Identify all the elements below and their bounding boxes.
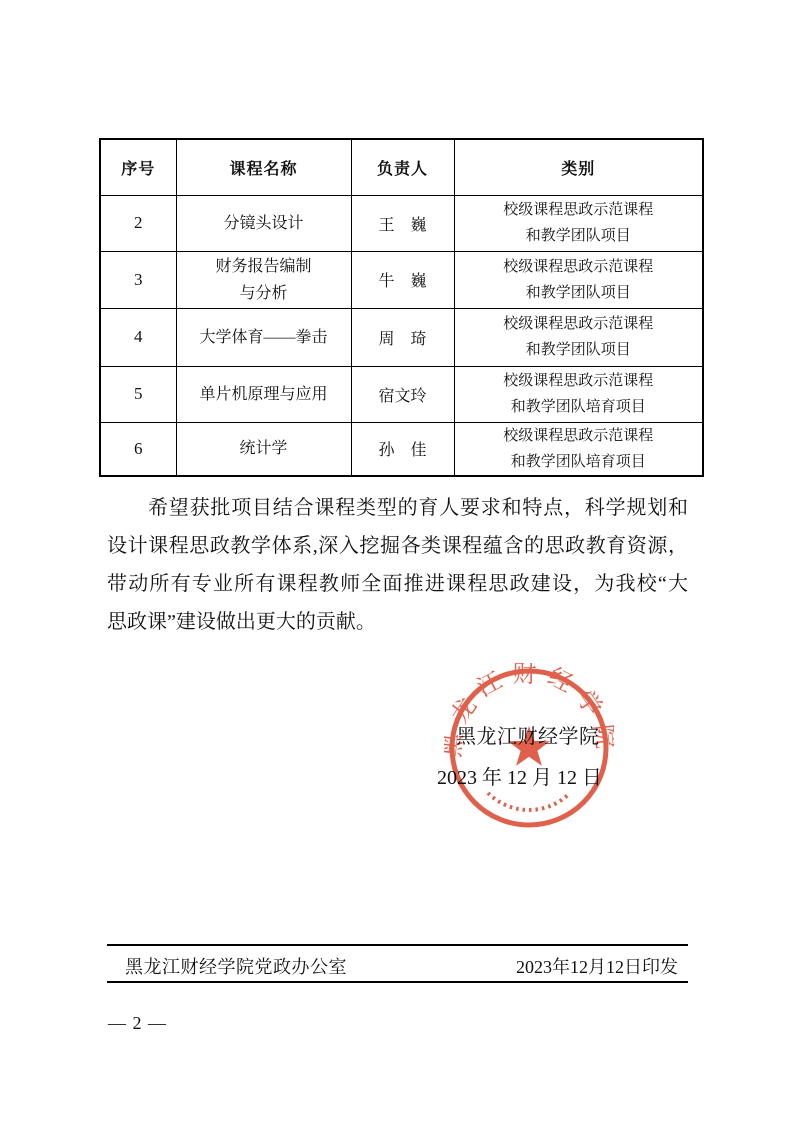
paragraph-line: 带动所有专业所有课程教师全面推进课程思政建设，为我校“大 xyxy=(107,565,688,603)
cell-category: 校级课程思政示范课程 和教学团队项目 xyxy=(454,251,703,308)
cell-category: 校级课程思政示范课程 和教学团队项目 xyxy=(454,308,703,366)
cell-course: 单片机原理与应用 xyxy=(176,366,351,422)
footer-print-info: 2023年12月12日印发 xyxy=(107,953,678,979)
paragraph-line: 设计课程思政教学体系,深入挖掘各类课程蕴含的思政教育资源， xyxy=(107,527,688,565)
table-row: 2 分镜头设计 王 巍 校级课程思政示范课程 和教学团队项目 xyxy=(100,195,703,251)
document-page: 序号 课程名称 负责人 类别 2 分镜头设计 王 巍 校级课程思政示范课程 和教… xyxy=(0,0,794,1123)
cell-category: 校级课程思政示范课程 和教学团队培育项目 xyxy=(454,422,703,476)
seal-serial-marks xyxy=(488,793,570,810)
page-number: — 2 — xyxy=(108,1013,167,1034)
cell-course: 统计学 xyxy=(176,422,351,476)
cell-leader: 周 琦 xyxy=(351,308,454,366)
table-row: 4 大学体育——拳击 周 琦 校级课程思政示范课程 和教学团队项目 xyxy=(100,308,703,366)
cell-course: 分镜头设计 xyxy=(176,195,351,251)
paragraph-line: 思政课”建设做出更大的贡献。 xyxy=(107,603,688,641)
cell-no: 6 xyxy=(100,422,176,476)
cell-category: 校级课程思政示范课程 和教学团队培育项目 xyxy=(454,366,703,422)
course-table: 序号 课程名称 负责人 类别 2 分镜头设计 王 巍 校级课程思政示范课程 和教… xyxy=(99,138,704,477)
seal-star-icon xyxy=(508,726,550,766)
closing-paragraph: 希望获批项目结合课程类型的育人要求和特点，科学规划和 设计课程思政教学体系,深入… xyxy=(107,489,688,641)
table-row: 3 财务报告编制 与分析 牛 巍 校级课程思政示范课程 和教学团队项目 xyxy=(100,251,703,308)
cell-leader: 宿文玲 xyxy=(351,366,454,422)
cell-no: 2 xyxy=(100,195,176,251)
cell-leader: 王 巍 xyxy=(351,195,454,251)
table-header-row: 序号 课程名称 负责人 类别 xyxy=(100,139,703,195)
header-cell-leader: 负责人 xyxy=(351,139,454,195)
cell-leader: 牛 巍 xyxy=(351,251,454,308)
cell-leader: 孙 佳 xyxy=(351,422,454,476)
cell-course: 财务报告编制 与分析 xyxy=(176,251,351,308)
footer-rule-top xyxy=(107,944,688,946)
cell-course: 大学体育——拳击 xyxy=(176,308,351,366)
header-cell-no: 序号 xyxy=(100,139,176,195)
header-cell-course: 课程名称 xyxy=(176,139,351,195)
table-row: 6 统计学 孙 佳 校级课程思政示范课程 和教学团队培育项目 xyxy=(100,422,703,476)
cell-no: 4 xyxy=(100,308,176,366)
paragraph-line: 希望获批项目结合课程类型的育人要求和特点，科学规划和 xyxy=(107,489,688,527)
cell-category: 校级课程思政示范课程 和教学团队项目 xyxy=(454,195,703,251)
cell-no: 5 xyxy=(100,366,176,422)
table-row: 5 单片机原理与应用 宿文玲 校级课程思政示范课程 和教学团队培育项目 xyxy=(100,366,703,422)
cell-no: 3 xyxy=(100,251,176,308)
official-seal-stamp: 黑龙江财经学院 xyxy=(444,663,614,833)
footer-rule-bottom xyxy=(107,981,688,983)
header-cell-category: 类别 xyxy=(454,139,703,195)
